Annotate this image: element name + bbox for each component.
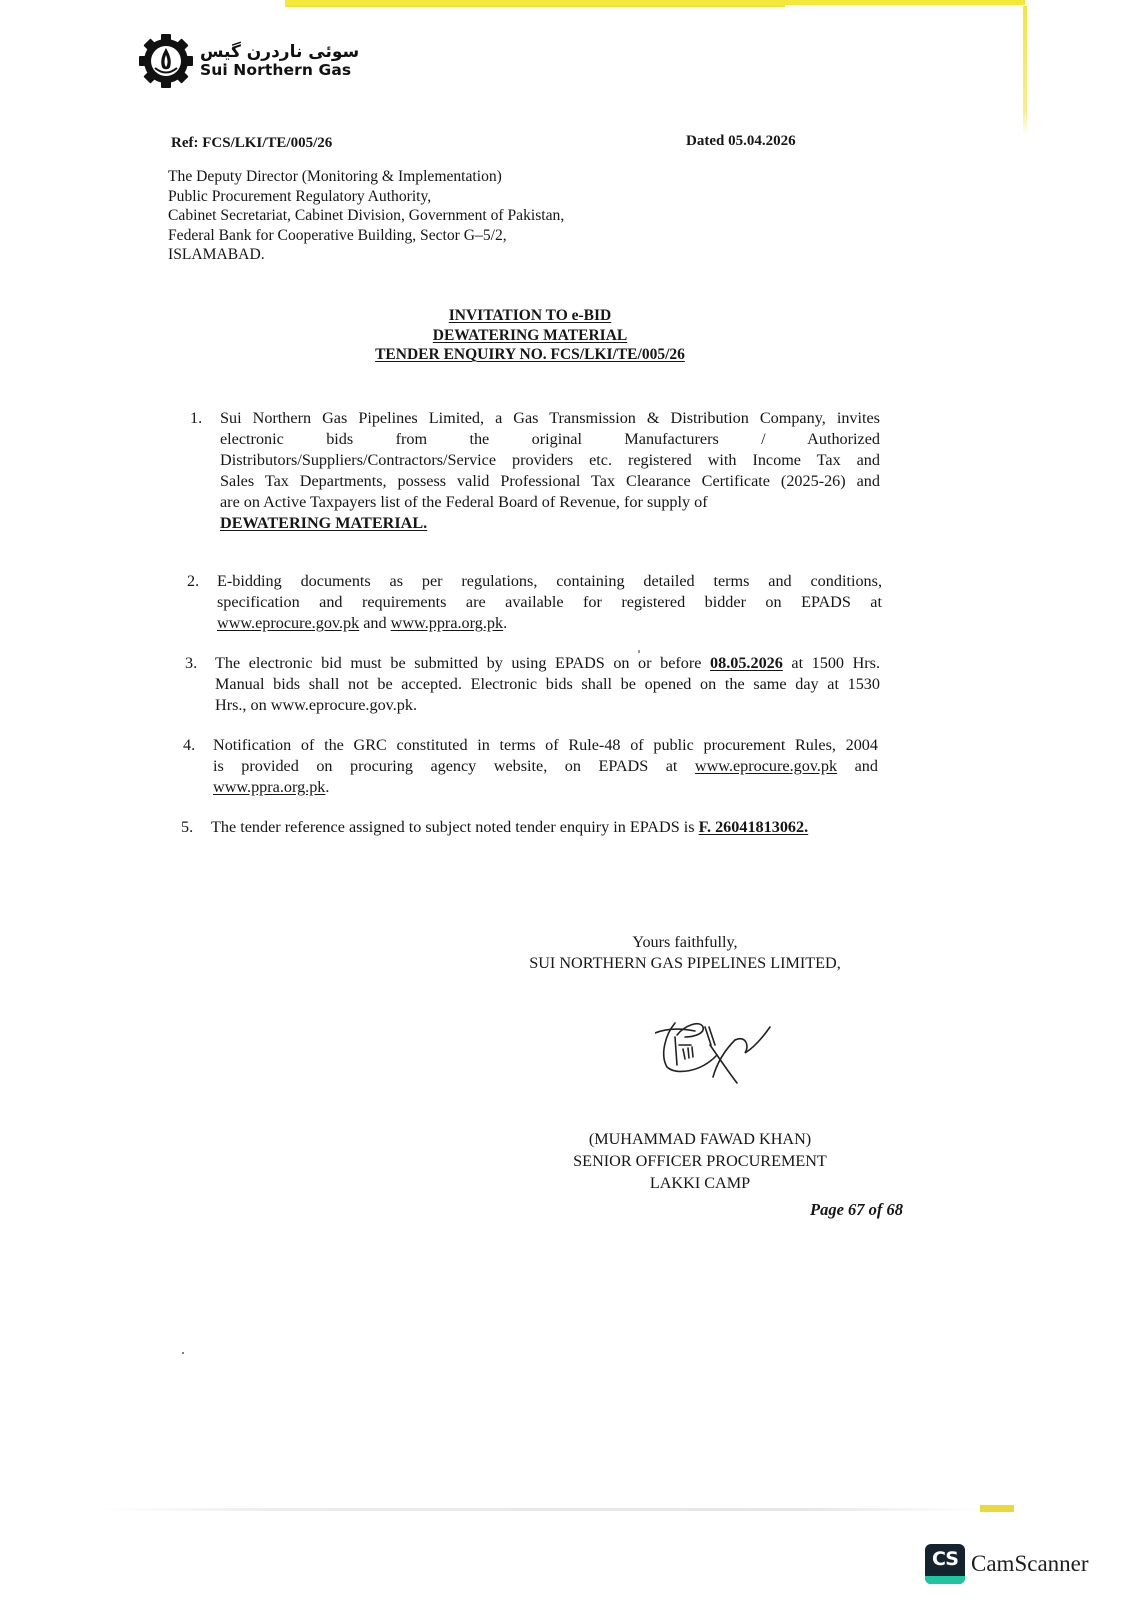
address-line: Cabinet Secretariat, Cabinet Division, G… <box>168 206 564 226</box>
paragraph-text: The electronic bid must be submitted by … <box>215 653 880 674</box>
address-line: The Deputy Director (Monitoring & Implem… <box>168 167 564 187</box>
yellow-paper-edge-bottom <box>980 1505 1014 1512</box>
signatory-name: (MUHAMMAD FAWAD KHAN) <box>550 1128 850 1150</box>
subject-heading: INVITATION TO e-BID DEWATERING MATERIAL … <box>330 306 730 365</box>
heading-line-material: DEWATERING MATERIAL <box>330 326 730 346</box>
paragraph-text: E-bidding documents as per regulations, … <box>217 571 882 592</box>
signature-icon <box>655 1015 785 1095</box>
signatory-block: (MUHAMMAD FAWAD KHAN) SENIOR OFFICER PRO… <box>550 1128 850 1194</box>
camscanner-watermark: CS CamScanner <box>925 1544 1089 1584</box>
paragraph-3: 3. The electronic bid must be submitted … <box>185 653 890 723</box>
paragraph-4: 4. Notification of the GRC constituted i… <box>183 735 888 805</box>
paragraph-number: 4. <box>183 735 213 756</box>
letter-date: Dated 05.04.2026 <box>686 133 796 150</box>
text-segment: at 1500 Hrs. <box>783 654 880 672</box>
address-line: Federal Bank for Cooperative Building, S… <box>168 226 564 246</box>
paragraph-text: Hrs., on www.eprocure.gov.pk. <box>215 695 880 716</box>
paragraph-number: 3. <box>185 653 215 674</box>
paragraph-text: are on Active Taxpayers list of the Fede… <box>220 492 880 513</box>
address-line: Public Procurement Regulatory Authority, <box>168 187 564 207</box>
paragraph-2: 2. E-bidding documents as per regulation… <box>187 571 892 641</box>
paragraph-text: Sales Tax Departments, possess valid Pro… <box>220 471 880 492</box>
address-line: ISLAMABAD. <box>168 245 564 265</box>
paragraph-text: Distributors/Suppliers/Contractors/Servi… <box>220 450 880 471</box>
text-segment: is provided on procuring agency website,… <box>213 757 695 775</box>
paragraph-number: 5. <box>181 817 211 838</box>
punctuation: . <box>325 778 329 796</box>
paragraph-text: www.eprocure.gov.pk and www.ppra.org.pk. <box>217 613 882 634</box>
connector-text: and <box>359 614 390 632</box>
signatory-location: LAKKI CAMP <box>550 1172 850 1194</box>
gear-flame-icon <box>138 33 194 89</box>
paragraph-text: Sui Northern Gas Pipelines Limited, a Ga… <box>220 408 880 429</box>
eprocure-link[interactable]: www.eprocure.gov.pk <box>695 757 837 775</box>
submission-deadline: 08.05.2026 <box>710 654 783 672</box>
heading-line-invitation: INVITATION TO e-BID <box>330 306 730 326</box>
company-logo: سوئی ناردرن گیس Sui Northern Gas <box>138 33 359 89</box>
page-number: Page 67 of 68 <box>810 1200 903 1220</box>
punctuation: . <box>503 614 507 632</box>
camscanner-badge-text: CS <box>925 1548 965 1570</box>
camscanner-name: CamScanner <box>971 1551 1089 1577</box>
heading-line-tender-no: TENDER ENQUIRY NO. FCS/LKI/TE/005/26 <box>330 345 730 365</box>
scan-speck <box>182 1352 184 1354</box>
logo-urdu-text: سوئی ناردرن گیس <box>200 44 359 61</box>
paragraph-text: is provided on procuring agency website,… <box>213 756 878 777</box>
camscanner-logo-icon: CS <box>925 1544 965 1584</box>
text-segment: The tender reference assigned to subject… <box>211 818 699 836</box>
paragraph-5: 5. The tender reference assigned to subj… <box>181 817 886 842</box>
text-segment: The electronic bid must be submitted by … <box>215 654 710 672</box>
paragraph-text: The tender reference assigned to subject… <box>211 817 876 838</box>
paragraph-number: 1. <box>190 408 220 429</box>
material-name: DEWATERING MATERIAL. <box>220 513 880 534</box>
paragraph-number: 2. <box>187 571 217 592</box>
yellow-paper-edge-top-thin <box>285 0 1025 5</box>
yellow-paper-edge-right <box>1023 6 1027 136</box>
paragraph-text: www.ppra.org.pk. <box>213 777 878 798</box>
ppra-link[interactable]: www.ppra.org.pk <box>391 614 503 632</box>
recipient-address: The Deputy Director (Monitoring & Implem… <box>168 167 564 265</box>
paragraph-text: Notification of the GRC constituted in t… <box>213 735 878 756</box>
logo-english-text: Sui Northern Gas <box>200 63 359 79</box>
paragraph-text: Manual bids shall not be accepted. Elect… <box>215 674 880 695</box>
epads-tender-reference: F. 26041813062. <box>699 818 809 836</box>
closing-block: Yours faithfully, SUI NORTHERN GAS PIPEL… <box>500 932 870 974</box>
eprocure-link[interactable]: www.eprocure.gov.pk <box>217 614 359 632</box>
reference-number: Ref: FCS/LKI/TE/005/26 <box>171 135 332 152</box>
scan-speck <box>638 650 640 653</box>
paragraph-text: electronic bids from the original Manufa… <box>220 429 880 450</box>
text-segment: and <box>837 757 878 775</box>
signatory-title: SENIOR OFFICER PROCUREMENT <box>550 1150 850 1172</box>
salutation: Yours faithfully, <box>500 932 870 953</box>
company-name: SUI NORTHERN GAS PIPELINES LIMITED, <box>500 953 870 974</box>
ppra-link[interactable]: www.ppra.org.pk <box>213 778 325 796</box>
paragraph-text: specification and requirements are avail… <box>217 592 882 613</box>
paragraph-1: 1. Sui Northern Gas Pipelines Limited, a… <box>190 408 890 538</box>
page-bottom-edge <box>100 1508 980 1511</box>
